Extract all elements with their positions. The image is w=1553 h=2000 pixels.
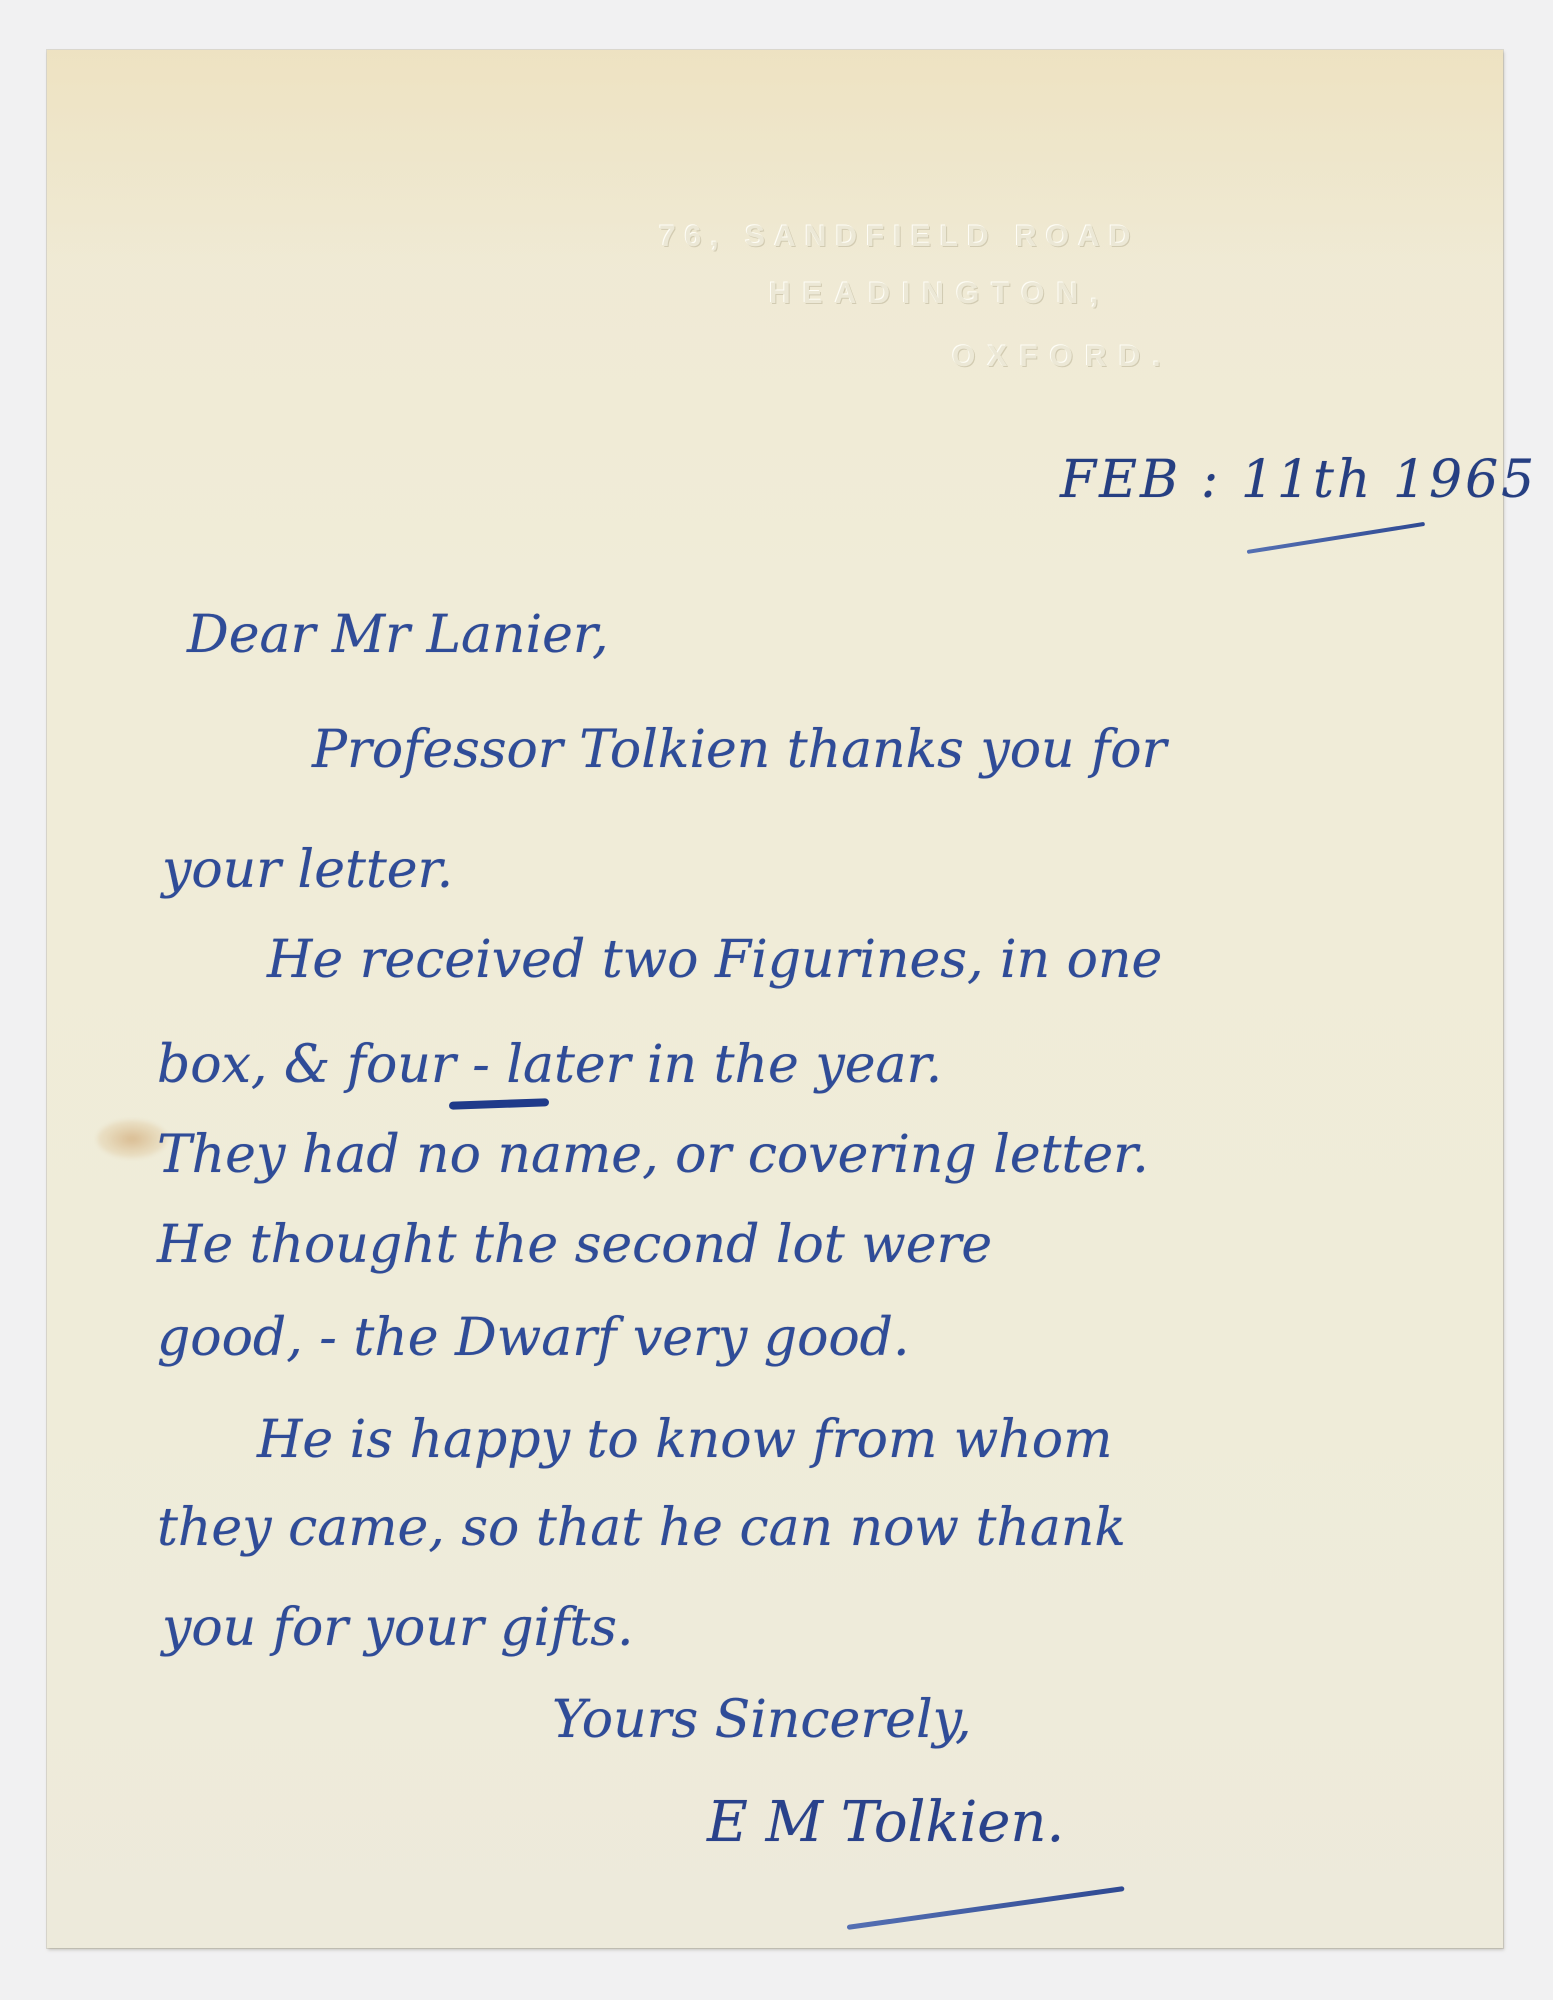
body-line: He received two Figurines, in one — [267, 930, 1162, 990]
letter-paper: 76, SANDFIELD ROAD HEADINGTON, OXFORD. F… — [47, 50, 1503, 1948]
body-line: they came, so that he can now thank — [157, 1498, 1126, 1558]
four-underline — [449, 1098, 549, 1109]
body-line: you for your gifts. — [162, 1598, 633, 1658]
body-line: He is happy to know from whom — [257, 1410, 1112, 1470]
body-line: box, & four - later in the year. — [157, 1035, 942, 1095]
greeting: Dear Mr Lanier, — [187, 605, 609, 665]
letter-date: FEB : 11th 1965 — [1060, 450, 1537, 510]
date-underline — [1247, 522, 1425, 554]
signature: E M Tolkien. — [707, 1790, 1064, 1855]
body-line: good, - the Dwarf very good. — [157, 1308, 910, 1368]
signature-underline — [847, 1886, 1125, 1930]
letterhead-city: OXFORD. — [952, 340, 1173, 374]
body-line: He thought the second lot were — [157, 1215, 992, 1275]
body-line: your letter. — [162, 840, 453, 900]
body-line: Professor Tolkien thanks you for — [312, 720, 1166, 780]
letterhead-district: HEADINGTON, — [769, 277, 1110, 311]
closing: Yours Sincerely, — [552, 1690, 972, 1750]
letterhead-street: 76, SANDFIELD ROAD — [659, 220, 1139, 254]
body-line: They had no name, or covering letter. — [157, 1125, 1149, 1185]
